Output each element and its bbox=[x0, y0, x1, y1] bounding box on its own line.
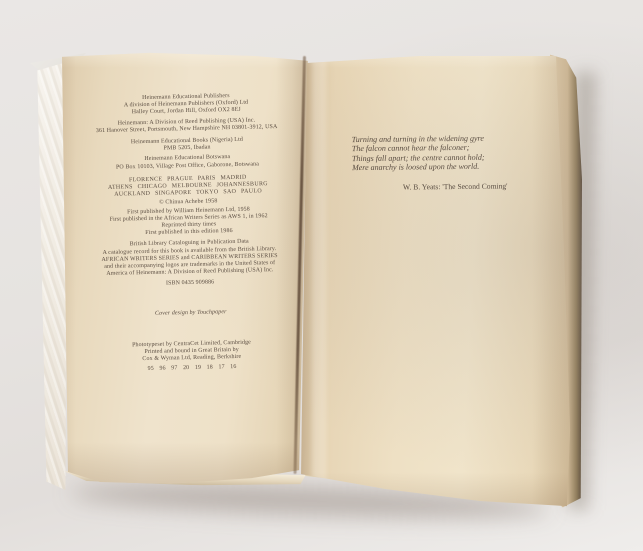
copyright-page-text: Heinemann Educational Publishers A divis… bbox=[67, 91, 311, 375]
epigraph-text: Turning and turning in the widening gyre… bbox=[352, 133, 559, 192]
left-page-top-highlight bbox=[54, 48, 312, 68]
cover-design-credit: Cover design by Touchpaper bbox=[72, 307, 310, 320]
edition-history-block: First published by William Heinemann Ltd… bbox=[69, 205, 308, 239]
left-page: Heinemann Educational Publishers A divis… bbox=[54, 48, 312, 490]
right-page: Turning and turning in the widening gyre… bbox=[294, 50, 576, 514]
isbn: ISBN 0435 909886 bbox=[71, 278, 309, 291]
cities-block: FLORENCE PRAGUE PARIS MADRID ATHENS CHIC… bbox=[69, 173, 307, 200]
epigraph-attribution: W. B. Yeats: 'The Second Coming' bbox=[352, 181, 558, 193]
botswana-imprint-block: Heinemann Educational Botswana PO Box 10… bbox=[68, 153, 306, 173]
publisher-block: Heinemann Educational Publishers A divis… bbox=[67, 91, 305, 118]
epigraph-line: Mere anarchy is loosed upon the world. bbox=[352, 161, 558, 173]
print-run-numbers: 95 96 97 20 19 18 17 16 bbox=[73, 363, 311, 376]
right-page-crease-highlight bbox=[312, 50, 326, 514]
usa-imprint-block: Heinemann: A Division of Reed Publishing… bbox=[67, 116, 305, 136]
photo-background: Heinemann Educational Publishers A divis… bbox=[0, 0, 643, 551]
right-page-bottom-shade bbox=[294, 472, 576, 514]
cataloguing-block: British Library Cataloguing in Publicati… bbox=[70, 238, 309, 279]
nigeria-imprint-block: Heinemann Educational Books (Nigeria) Lt… bbox=[68, 135, 306, 155]
right-page-top-highlight bbox=[294, 50, 576, 68]
printing-block: Phototypeset by CentraCet Limited, Cambr… bbox=[72, 338, 310, 365]
